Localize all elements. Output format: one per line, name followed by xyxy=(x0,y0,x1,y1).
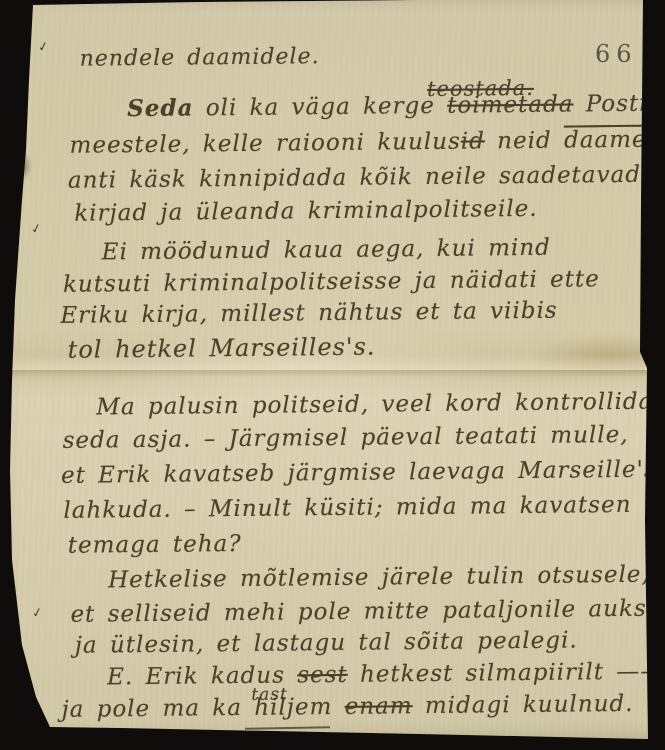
handwriting-segment: daame xyxy=(564,127,647,154)
handwriting-line-05: kirjad ja üleanda kriminalpolitseile. xyxy=(74,196,538,227)
handwriting-segment: kutsuti kriminalpolitseisse ja näidati e… xyxy=(63,266,600,298)
handwriting-segment: sest xyxy=(297,662,348,689)
handwriting-segment: et selliseid mehi pole mitte pataljonile… xyxy=(70,596,646,628)
handwriting-segment: kirjad ja üleanda kriminalpolitseile. xyxy=(74,196,538,227)
ink-smudge xyxy=(12,152,32,180)
handwriting-line-17: ja ütlesin, et lastagu tal sõita pealegi… xyxy=(75,627,578,658)
handwriting-segment: Seda xyxy=(127,94,194,122)
handwriting-line-18: E. Erik kadus sest hetkest silmapiirilt … xyxy=(107,659,664,691)
handwriting-line-19: ja pole ma ka hiljem enam midagi kuulnud… xyxy=(61,691,633,723)
handwriting-line-01: nendele daamidele. xyxy=(80,44,320,72)
handwriting-segment: Ma palusin politseid, veel kord kontroll… xyxy=(96,389,653,421)
handwriting-segment: lahkuda. – Minult küsiti; mida ma kavats… xyxy=(63,492,631,524)
handwriting-segment: ja ütlesin, et lastagu tal sõita pealegi… xyxy=(75,627,578,658)
manuscript-photo: 66 nendele daamidele.teostada.Seda oli k… xyxy=(0,0,665,750)
handwriting-segment: toimetada xyxy=(447,91,574,118)
handwriting-segment: neid xyxy=(485,128,564,155)
handwriting-segment: , xyxy=(646,127,655,153)
handwriting-line-09: tol hetkel Marseilles's. xyxy=(68,333,376,364)
handwriting-segment: Posti= xyxy=(573,90,665,117)
handwriting-segment: meestele, kelle raiooni kuulus xyxy=(69,129,460,159)
handwriting-segment: midagi kuulnud. xyxy=(412,691,633,719)
handwriting-segment: ja pole ma ka hiljem xyxy=(61,694,344,723)
handwriting-line-07: kutsuti kriminalpolitseisse ja näidati e… xyxy=(63,266,600,298)
handwriting-segment: Eriku kirja, millest nähtus et ta viibis xyxy=(60,298,558,329)
handwriting-segment: hetkest silmapiirilt —— xyxy=(348,659,665,688)
handwritten-text: nendele daamidele.teostada.Seda oli ka v… xyxy=(0,0,665,750)
handwriting-line-15: Hetkelise mõtlemise järele tulin otsusel… xyxy=(108,562,650,594)
handwriting-segment: Ei möödunud kaua aega, kui mind xyxy=(102,235,551,266)
handwriting-line-12: et Erik kavatseb järgmise laevaga Marsei… xyxy=(61,457,665,489)
handwriting-line-13: lahkuda. – Minult küsiti; mida ma kavats… xyxy=(63,492,631,524)
handwriting-line-03: meestele, kelle raiooni kuulusid neid da… xyxy=(69,127,655,159)
handwriting-segment: enam xyxy=(345,693,413,720)
handwriting-line-14: temaga teha? xyxy=(68,531,242,559)
handwriting-line-08: Eriku kirja, millest nähtus et ta viibis xyxy=(60,298,558,329)
handwriting-segment: oli ka väga kerge xyxy=(193,93,447,122)
handwriting-line-16: et selliseid mehi pole mitte pataljonile… xyxy=(70,596,646,628)
handwriting-segment: nendele daamidele. xyxy=(80,44,320,72)
handwriting-line-11: seda asja. – Järgmisel päeval teatati mu… xyxy=(63,422,629,454)
handwriting-line-06: Ei möödunud kaua aega, kui mind xyxy=(102,235,551,266)
handwriting-segment: seda asja. – Järgmisel päeval teatati mu… xyxy=(63,422,629,454)
handwriting-segment: Hetkelise mõtlemise järele tulin otsusel… xyxy=(108,562,650,594)
handwriting-segment: id xyxy=(461,128,485,154)
handwriting-segment: tol hetkel Marseilles's. xyxy=(68,333,376,364)
handwriting-segment: anti käsk kinnipidada kõik neile saadeta… xyxy=(68,162,641,194)
handwriting-segment: temaga teha? xyxy=(68,531,242,559)
handwriting-line-10: Ma palusin politseid, veel kord kontroll… xyxy=(96,389,653,421)
paper-sheet: 66 nendele daamidele.teostada.Seda oli k… xyxy=(0,0,665,750)
handwriting-line-02: Seda oli ka väga kerge toimetada Posti= xyxy=(127,89,665,122)
handwriting-line-04: anti käsk kinnipidada kõik neile saadeta… xyxy=(68,162,641,194)
handwriting-segment: et Erik kavatseb järgmise laevaga Marsei… xyxy=(61,457,665,489)
